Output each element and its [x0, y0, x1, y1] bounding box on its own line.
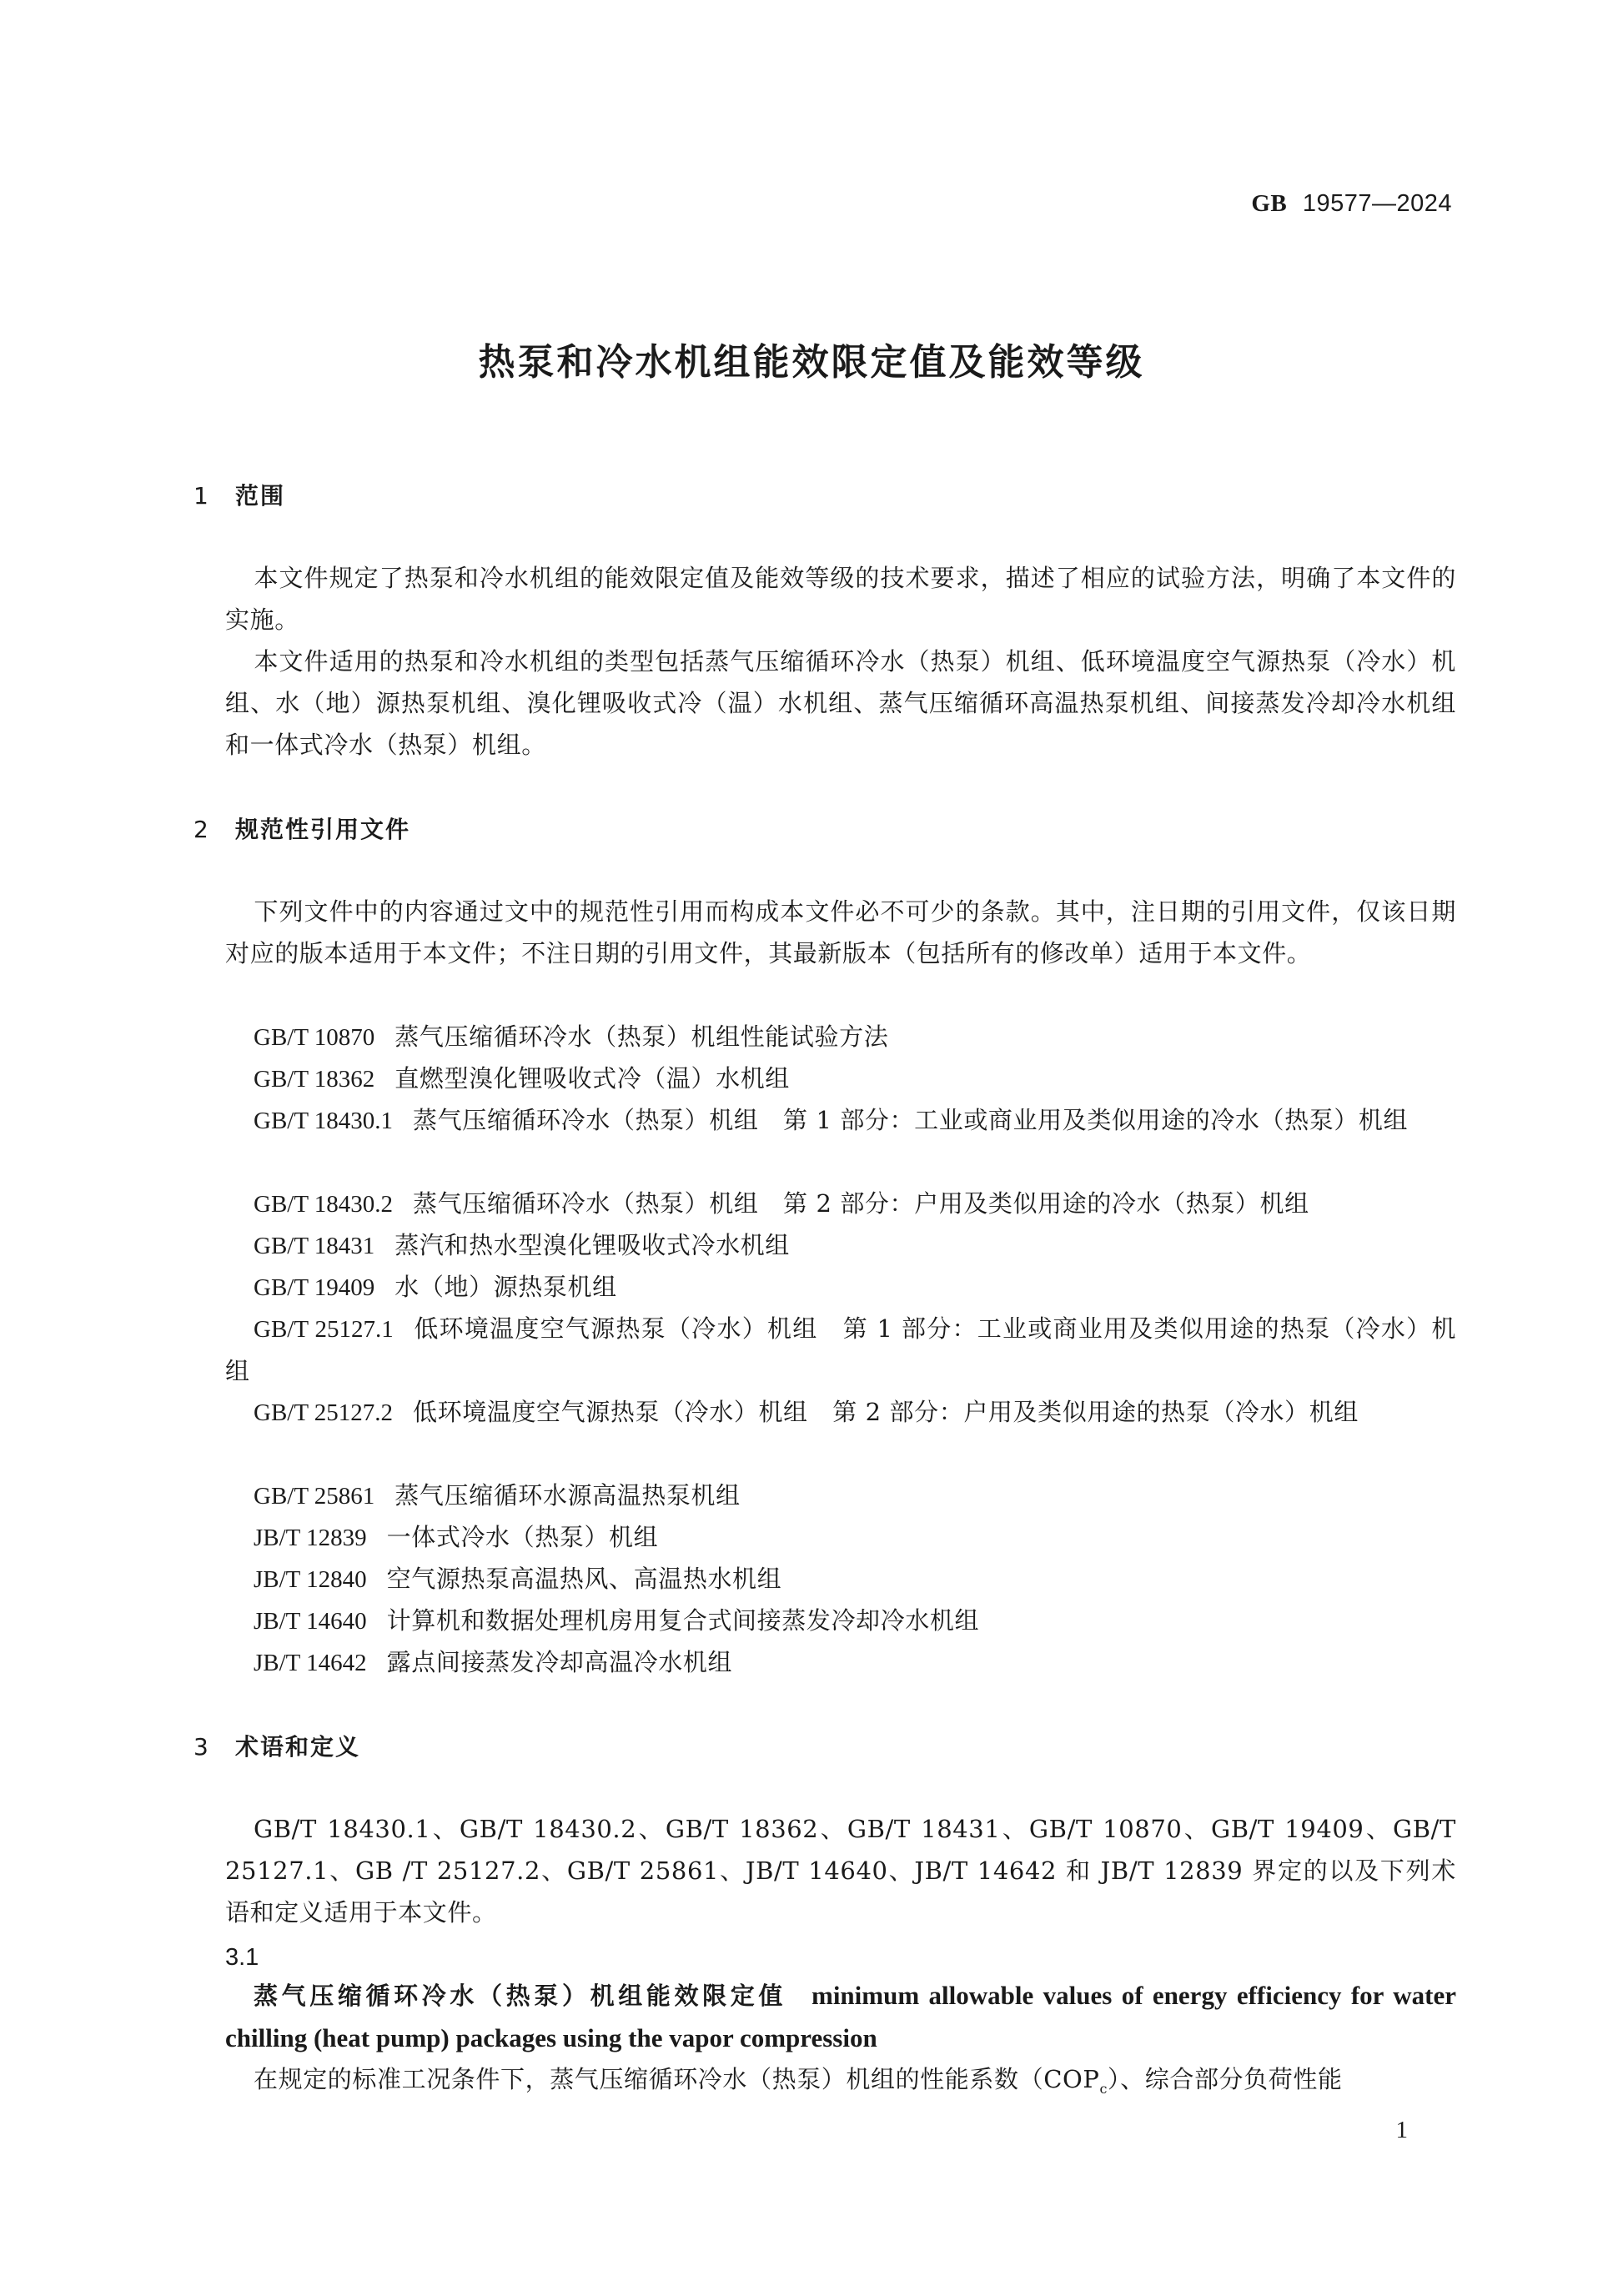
reference-code: GB/T 25861 — [254, 1483, 374, 1510]
reference-item: GB/T 18431蒸汽和热水型溴化锂吸收式冷水机组 — [225, 1224, 1456, 1267]
reference-code: GB/T 25127.1 — [254, 1316, 394, 1343]
reference-item: JB/T 14642露点间接蒸发冷却高温冷水机组 — [225, 1641, 1456, 1684]
reference-title: 直燃型溴化锂吸收式冷（温）水机组 — [394, 1064, 790, 1093]
term-number: 3.1 — [225, 1944, 259, 1972]
section-number: 1 — [193, 482, 235, 510]
paragraph-text: 本文件规定了热泵和冷水机组的能效限定值及能效等级的技术要求，描述了相应的试验方法… — [225, 564, 1456, 634]
reference-code: GB/T 18430.2 — [254, 1191, 393, 1218]
paragraph-text: 下列文件中的内容通过文中的规范性引用而构成本文件必不可少的条款。其中，注日期的引… — [225, 897, 1456, 967]
term-zh: 蒸气压缩循环冷水（热泵）机组能效限定值 — [254, 1982, 786, 2010]
section-number: 3 — [193, 1733, 235, 1761]
section-heading-1: 1范围 — [193, 478, 285, 511]
reference-item: GB/T 18430.2蒸气压缩循环冷水（热泵）机组 第 2 部分：户用及类似用… — [225, 1183, 1456, 1225]
standard-number: GB 19577—2024 — [1251, 190, 1452, 218]
page-number: 1 — [1396, 2117, 1409, 2144]
reference-code: JB/T 14640 — [254, 1608, 367, 1635]
reference-item: GB/T 25127.1低环境温度空气源热泵（冷水）机组 第 1 部分：工业或商… — [225, 1308, 1456, 1392]
reference-title: 一体式冷水（热泵）机组 — [387, 1523, 659, 1551]
document-page: GB 19577—2024 热泵和冷水机组能效限定值及能效等级 1范围 本文件规… — [0, 0, 1623, 2296]
section-number: 2 — [193, 816, 235, 843]
reference-title: 水（地）源热泵机组 — [394, 1273, 616, 1301]
reference-item: GB/T 18362直燃型溴化锂吸收式冷（温）水机组 — [225, 1058, 1456, 1100]
paragraph: 本文件适用的热泵和冷水机组的类型包括蒸气压缩循环冷水（热泵）机组、低环境温度空气… — [225, 641, 1456, 766]
document-title: 热泵和冷水机组能效限定值及能效等级 — [0, 332, 1623, 385]
paragraph-text: 本文件适用的热泵和冷水机组的类型包括蒸气压缩循环冷水（热泵）机组、低环境温度空气… — [225, 647, 1456, 759]
reference-title: 蒸气压缩循环冷水（热泵）机组 第 2 部分：户用及类似用途的冷水（热泵）机组 — [413, 1189, 1309, 1218]
reference-code: GB/T 19409 — [254, 1274, 374, 1301]
section-title: 术语和定义 — [235, 1733, 360, 1761]
reference-code: JB/T 12839 — [254, 1525, 367, 1551]
term-entry: 蒸气压缩循环冷水（热泵）机组能效限定值minimum allowable val… — [225, 1975, 1456, 2060]
reference-title: 计算机和数据处理机房用复合式间接蒸发冷却冷水机组 — [387, 1606, 979, 1635]
reference-title: 蒸气压缩循环冷水（热泵）机组 第 1 部分：工业或商业用及类似用途的冷水（热泵）… — [413, 1106, 1408, 1134]
section-title: 规范性引用文件 — [235, 816, 410, 843]
reference-code: GB/T 25127.2 — [254, 1399, 393, 1426]
reference-item: GB/T 10870蒸气压缩循环冷水（热泵）机组性能试验方法 — [225, 1016, 1456, 1058]
paragraph: GB/T 18430.1、GB/T 18430.2、GB/T 18362、GB/… — [225, 1808, 1456, 1933]
paragraph-text: GB/T 18430.1、GB/T 18430.2、GB/T 18362、GB/… — [225, 1815, 1456, 1927]
standard-prefix: GB — [1251, 190, 1287, 217]
reference-code: JB/T 14642 — [254, 1650, 367, 1676]
reference-title: 露点间接蒸发冷却高温冷水机组 — [387, 1648, 732, 1676]
reference-title: 空气源热泵高温热风、高温热水机组 — [387, 1565, 782, 1593]
standard-code: 19577—2024 — [1303, 190, 1452, 217]
reference-code: JB/T 12840 — [254, 1566, 367, 1593]
reference-item: GB/T 19409水（地）源热泵机组 — [225, 1266, 1456, 1309]
reference-item: GB/T 18430.1蒸气压缩循环冷水（热泵）机组 第 1 部分：工业或商业用… — [225, 1099, 1456, 1142]
reference-code: GB/T 18430.1 — [254, 1108, 393, 1134]
reference-title: 低环境温度空气源热泵（冷水）机组 第 1 部分：工业或商业用及类似用途的热泵（冷… — [225, 1314, 1456, 1385]
section-heading-3: 3术语和定义 — [193, 1729, 360, 1762]
reference-title: 蒸气压缩循环水源高温热泵机组 — [394, 1481, 740, 1510]
reference-code: GB/T 18362 — [254, 1066, 374, 1093]
reference-code: GB/T 18431 — [254, 1233, 374, 1259]
section-title: 范围 — [235, 482, 285, 510]
paragraph: 下列文件中的内容通过文中的规范性引用而构成本文件必不可少的条款。其中，注日期的引… — [225, 891, 1456, 974]
reference-item: JB/T 12840空气源热泵高温热风、高温热水机组 — [225, 1558, 1456, 1600]
reference-item: GB/T 25861蒸气压缩循环水源高温热泵机组 — [225, 1475, 1456, 1517]
definition-subscript: c — [1099, 2081, 1108, 2097]
paragraph: 本文件规定了热泵和冷水机组的能效限定值及能效等级的技术要求，描述了相应的试验方法… — [225, 557, 1456, 641]
section-heading-2: 2规范性引用文件 — [193, 811, 410, 845]
term-definition: 在规定的标准工况条件下，蒸气压缩循环冷水（热泵）机组的性能系数（COPc）、综合… — [225, 2058, 1456, 2110]
definition-text: 在规定的标准工况条件下，蒸气压缩循环冷水（热泵）机组的性能系数（COP — [254, 2065, 1099, 2093]
definition-text: ）、综合部分负荷性能 — [1108, 2065, 1343, 2093]
reference-code: GB/T 10870 — [254, 1024, 374, 1051]
reference-item: JB/T 14640计算机和数据处理机房用复合式间接蒸发冷却冷水机组 — [225, 1600, 1456, 1642]
reference-title: 蒸气压缩循环冷水（热泵）机组性能试验方法 — [394, 1022, 888, 1051]
reference-item: JB/T 12839一体式冷水（热泵）机组 — [225, 1516, 1456, 1559]
reference-title: 低环境温度空气源热泵（冷水）机组 第 2 部分：户用及类似用途的热泵（冷水）机组 — [413, 1398, 1359, 1426]
reference-item: GB/T 25127.2低环境温度空气源热泵（冷水）机组 第 2 部分：户用及类… — [225, 1391, 1456, 1434]
reference-title: 蒸汽和热水型溴化锂吸收式冷水机组 — [394, 1231, 790, 1259]
